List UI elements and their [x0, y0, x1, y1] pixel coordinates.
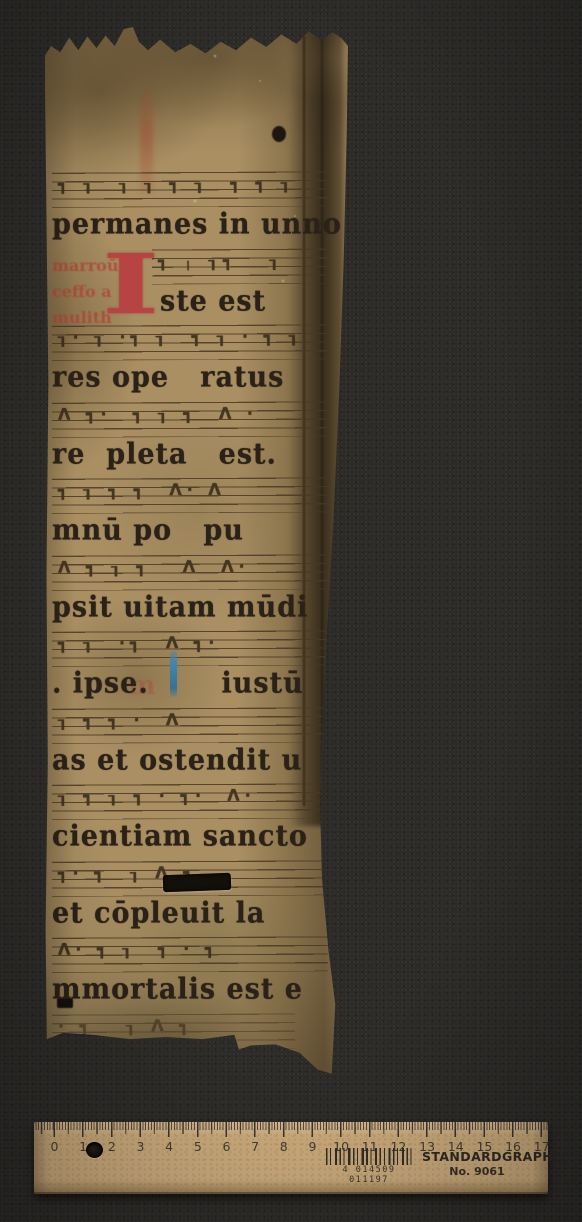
chant-text: ste est [160, 285, 328, 318]
chant-text: permanes in unno [52, 208, 328, 241]
music-staff: ┓ ╷ ┒┓ ┒ [152, 248, 328, 284]
chant-text: as et ostendit u [52, 744, 328, 777]
chant-line: ┓∙ ┓ ┒ Λ ┓ et cōpleuit la [52, 861, 328, 938]
ruler-number: 7 [241, 1139, 269, 1154]
neumes-row: Λ ┓ ┒ ┓ Λ Λ∙ [58, 556, 250, 576]
manuscript-fragment: ┓ ┒ ┒ ┒ ┓ ┒ ┓ ┓ ┒ permanes in unno marro… [45, 26, 348, 1078]
music-staff: Λ ┓∙ ┓ ┒ ┓ Λ ∙ [52, 401, 328, 437]
photo-stage: ┓ ┒ ┒ ┒ ┓ ┒ ┓ ┓ ┒ permanes in unno marro… [0, 0, 582, 1222]
neumes-row: ∙ ┓ ┒ Λ ┓ [58, 1015, 194, 1035]
ruler-number: 6 [212, 1139, 240, 1154]
music-staff: ┓ ┒ ∙┓ Λ ┓∙ [52, 630, 328, 666]
chant-line: Λ ┓ ┒ ┓ Λ Λ∙ psit uitam mūdi [52, 555, 328, 632]
neumes-row: ┓ ┒ ┒ ┒ ┓ ┒ ┓ ┓ ┒ [58, 173, 296, 193]
ruler-number: 5 [184, 1139, 212, 1154]
chant-line: ┒ ┓ ┓ ∙ Λ as et ostendit u [52, 708, 328, 785]
chant-text: . ipse. iustū [52, 667, 328, 700]
ruler-number: 8 [270, 1139, 298, 1154]
ruler-number: 0 [41, 1139, 69, 1154]
neumes-row: Λ∙ ┓ ┒ ┓ ∙ ┓ [58, 939, 220, 959]
model-number: No. 9061 [422, 1165, 532, 1178]
music-staff: ┒ ┓ ┓ ∙ Λ [52, 707, 328, 743]
ink-blot [272, 126, 286, 142]
barcode-digits: 4 014509 011197 [322, 1165, 416, 1185]
music-staff: Λ∙ ┓ ┒ ┓ ∙ ┓ [52, 936, 328, 972]
music-staff: ∙ ┓ ┒ Λ ┓ [52, 1013, 295, 1049]
music-staff: ┒∙ ┒ ∙┓ ┒ ┓ ┒ ∙ ┓ ┒ [52, 324, 328, 360]
chant-line-with-blue-mark: ┓ ┒ ∙┓ Λ ┓∙ m . ipse. iustū [52, 631, 328, 708]
neumes-row: ┒∙ ┒ ∙┓ ┒ ┓ ┒ ∙ ┓ ┒ [58, 326, 304, 346]
ruler: 0 1 2 3 4 5 6 7 8 9 10 11 12 13 14 15 16… [34, 1122, 548, 1194]
slot-hole [163, 873, 232, 892]
music-staff: ┓ ┒ ┒ ┒ ┓ ┒ ┓ ┓ ┒ [52, 171, 328, 207]
neumes-row: ┓ ╷ ┒┓ ┒ [158, 250, 284, 270]
chant-text: mnū po pu [52, 514, 328, 547]
chant-line-partial: ∙ ┓ ┒ Λ ┓ [52, 1014, 328, 1091]
chant-line: ┓ ┒ ┓ ┓ Λ∙ Λ mnū po pu [52, 478, 328, 555]
chant-text: et cōpleuit la [52, 897, 328, 930]
chant-text: cientiam sancto [52, 820, 328, 853]
chant-column: ┓ ┒ ┒ ┒ ┓ ┒ ┓ ┓ ┒ permanes in unno marro… [52, 172, 328, 1090]
ruler-number: 3 [126, 1139, 154, 1154]
barcode [326, 1148, 412, 1165]
ruler-number: 4 [155, 1139, 183, 1154]
neumes-row: ┒ ┓ ┓ ∙ Λ [58, 710, 183, 730]
ruler-number: 9 [298, 1139, 326, 1154]
chant-line: ┒ ┓ ┒ ┓ ∙ ┓∙ Λ∙ cientiam sancto [52, 784, 328, 861]
chant-line: Λ ┓∙ ┓ ┒ ┓ Λ ∙ re pleta est. [52, 402, 328, 479]
ruler-hanging-hole [86, 1142, 103, 1158]
chant-line: ┒∙ ┒ ∙┓ ┒ ┓ ┒ ∙ ┓ ┒ res ope ratus [52, 325, 328, 402]
chant-text: res ope ratus [52, 361, 328, 394]
brand-name: STANDARDGRAPH [422, 1149, 532, 1164]
chant-text: re pleta est. [52, 438, 328, 471]
music-staff: Λ ┓ ┒ ┓ Λ Λ∙ [52, 554, 328, 590]
chant-line: ┓ ┒ ┒ ┒ ┓ ┒ ┓ ┓ ┒ permanes in unno [52, 172, 328, 249]
neumes-row: ┓ ┒ ∙┓ Λ ┓∙ [58, 633, 220, 653]
music-staff: ┓ ┒ ┓ ┓ Λ∙ Λ [52, 477, 328, 513]
chant-text: psit uitam mūdi [52, 591, 328, 624]
ruler-cm-ticks [34, 1122, 548, 1137]
chant-line: Λ∙ ┓ ┒ ┓ ∙ ┓ mmortalis est e [52, 937, 328, 1014]
chant-line-with-initial: marroū ceffo a mulith I ┓ ╷ ┒┓ ┒ ste est [52, 249, 328, 326]
neumes-row: ┒ ┓ ┒ ┓ ∙ ┓∙ Λ∙ [58, 786, 256, 806]
chant-text: mmortalis est e [52, 973, 328, 1006]
music-staff: ┒ ┓ ┒ ┓ ∙ ┓∙ Λ∙ [52, 783, 328, 819]
neumes-row: ┓ ┒ ┓ ┓ Λ∙ Λ [58, 480, 226, 500]
neumes-row: Λ ┓∙ ┓ ┒ ┓ Λ ∙ [58, 403, 258, 423]
